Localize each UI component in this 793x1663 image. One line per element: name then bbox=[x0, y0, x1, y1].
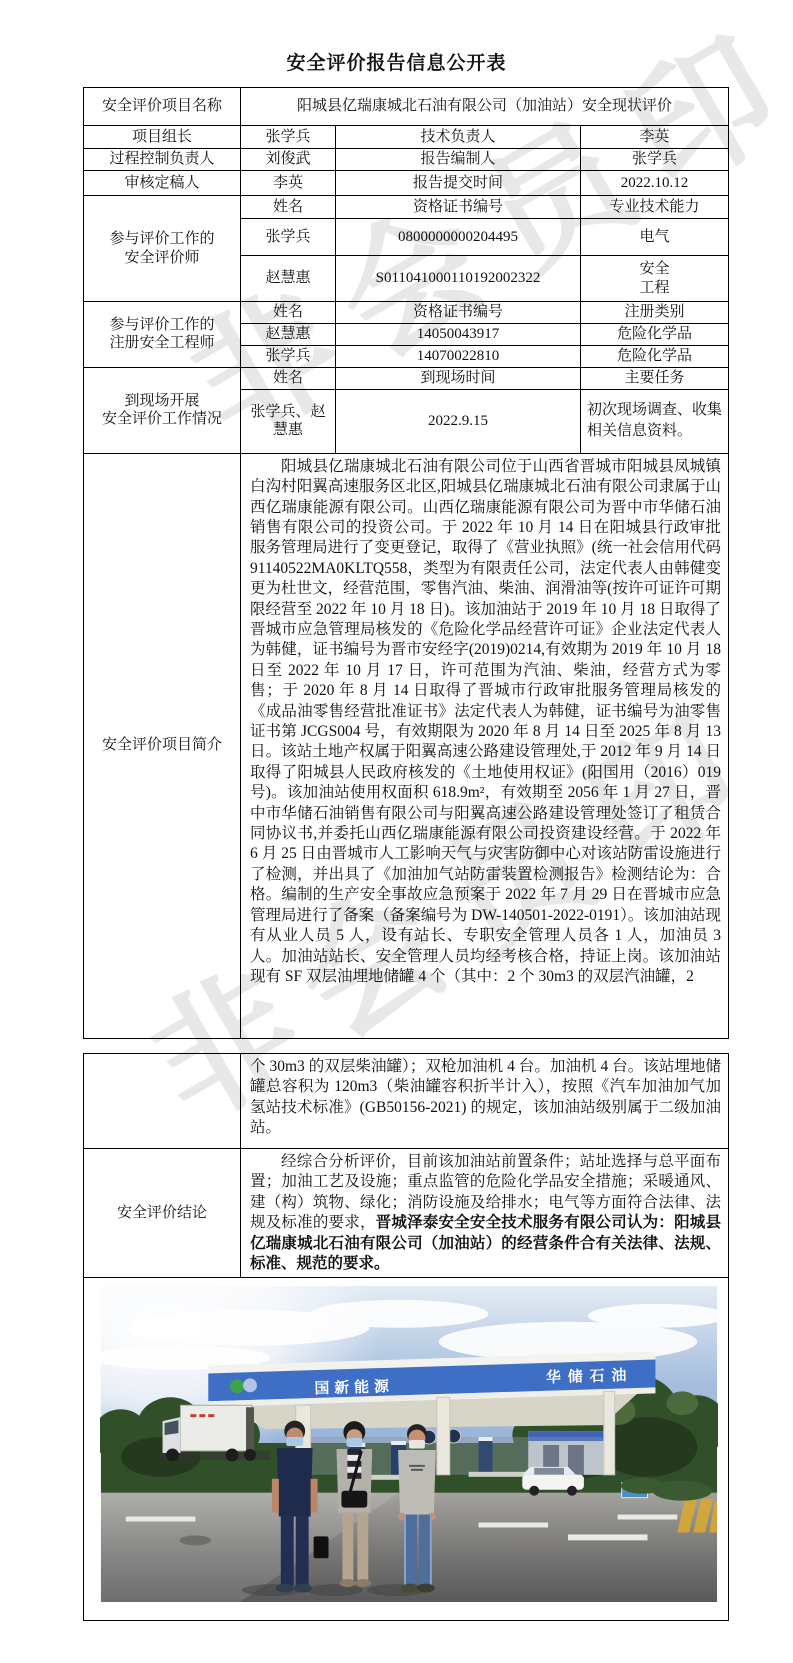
table-row: 个 30m3 的双层柴油罐）；双枪加油机 4 台。加油机 4 台。该站埋地储罐总… bbox=[84, 1054, 729, 1149]
intro-continuation-paragraph: 个 30m3 的双层柴油罐）；双枪加油机 4 台。加油机 4 台。该站埋地储罐总… bbox=[250, 1057, 721, 1139]
table-row: 参与评价工作的 注册安全工程师 姓名 资格证书编号 注册类别 bbox=[84, 302, 729, 324]
site-photo: 国新能源 华储石油 bbox=[100, 1286, 718, 1602]
people-shadows bbox=[242, 1585, 427, 1597]
page-title: 安全评价报告信息公开表 bbox=[0, 48, 793, 75]
cell-review-label: 审核定稿人 bbox=[84, 171, 241, 196]
canopy-logo-2 bbox=[243, 1379, 257, 1393]
table-row: 参与评价工作的 安全评价师 姓名 资格证书编号 专业技术能力 bbox=[84, 196, 729, 219]
cell-engineer2-cert: 14070022810 bbox=[336, 346, 581, 368]
cell-engineers-h-name: 姓名 bbox=[241, 302, 336, 324]
cell-leader-label: 项目组长 bbox=[84, 126, 241, 149]
cell-engineer1-name: 赵慧惠 bbox=[241, 324, 336, 346]
table-row: 过程控制负责人 刘俊武 报告编制人 张学兵 bbox=[84, 149, 729, 171]
main-info-table: 安全评价项目名称 阳城县亿瑞康城北石油有限公司（加油站）安全现状评价 项目组长 … bbox=[83, 87, 729, 1039]
table-row: 国新能源 华储石油 bbox=[84, 1278, 729, 1621]
cell-evaluators-h-cert: 资格证书编号 bbox=[336, 196, 581, 219]
cell-site-h-time: 到现场时间 bbox=[336, 367, 581, 389]
table-row: 审核定稿人 李英 报告提交时间 2022.10.12 bbox=[84, 171, 729, 196]
briefcase bbox=[314, 1537, 329, 1559]
face-mask bbox=[286, 1437, 303, 1446]
cell-conclusion-text: 经综合分析评价，目前该加油站前置条件；站址选择与总平面布置；加油工艺及设施；重点… bbox=[241, 1149, 729, 1278]
intro-paragraph: 阳城县亿瑞康城北石油有限公司位于山西省晋城市阳城县凤城镇白沟村阳翼高速服务区北区… bbox=[250, 457, 721, 988]
canopy-left-sign-text: 国新能源 bbox=[314, 1378, 394, 1398]
cell-evaluators-section: 参与评价工作的 安全评价师 bbox=[84, 196, 241, 302]
cell-engineers-h-cert: 资格证书编号 bbox=[336, 302, 581, 324]
cell-submit-value: 2022.10.12 bbox=[581, 171, 729, 196]
cell-engineer1-type: 危险化学品 bbox=[581, 324, 729, 346]
cell-evaluator1-cert: 0800000000204495 bbox=[336, 219, 581, 256]
cell-site-names: 张学兵、赵慧惠 bbox=[241, 389, 336, 453]
cell-writer-label: 报告编制人 bbox=[336, 149, 581, 171]
cell-evaluator2-skill: 安全 工程 bbox=[581, 256, 729, 302]
cell-engineer2-name: 张学兵 bbox=[241, 346, 336, 368]
cell-evaluator1-skill: 电气 bbox=[581, 219, 729, 256]
table-row: 安全评价项目名称 阳城县亿瑞康城北石油有限公司（加油站）安全现状评价 bbox=[84, 88, 729, 126]
canopy-logo bbox=[230, 1380, 244, 1394]
cell-tech-label: 技术负责人 bbox=[336, 126, 581, 149]
cell-site-photo: 国新能源 华储石油 bbox=[84, 1278, 729, 1621]
cell-engineers-h-type: 注册类别 bbox=[581, 302, 729, 324]
continuation-table: 个 30m3 的双层柴油罐）；双枪加油机 4 台。加油机 4 台。该站埋地储罐总… bbox=[83, 1053, 729, 1621]
table-row: 项目组长 张学兵 技术负责人 李英 bbox=[84, 126, 729, 149]
cell-intro-text: 阳城县亿瑞康城北石油有限公司位于山西省晋城市阳城县凤城镇白沟村阳翼高速服务区北区… bbox=[241, 453, 729, 1038]
face-mask bbox=[346, 1438, 362, 1446]
cell-engineer1-cert: 14050043917 bbox=[336, 324, 581, 346]
table-row: 安全评价结论 经综合分析评价，目前该加油站前置条件；站址选择与总平面布置；加油工… bbox=[84, 1149, 729, 1278]
cell-review-value: 李英 bbox=[241, 171, 336, 196]
cell-engineers-section: 参与评价工作的 注册安全工程师 bbox=[84, 302, 241, 368]
handbag bbox=[341, 1491, 367, 1508]
cell-evaluator1-name: 张学兵 bbox=[241, 219, 336, 256]
cell-site-h-task: 主要任务 bbox=[581, 367, 729, 389]
cell-submit-label: 报告提交时间 bbox=[336, 171, 581, 196]
cell-leader-value: 张学兵 bbox=[241, 126, 336, 149]
face-mask bbox=[409, 1440, 425, 1448]
table-row: 到现场开展 安全评价工作情况 姓名 到现场时间 主要任务 bbox=[84, 367, 729, 389]
cell-site-h-name: 姓名 bbox=[241, 367, 336, 389]
table-row: 安全评价项目简介 阳城县亿瑞康城北石油有限公司位于山西省晋城市阳城县凤城镇白沟村… bbox=[84, 453, 729, 1038]
cell-writer-value: 张学兵 bbox=[581, 149, 729, 171]
cell-continuation-label-empty bbox=[84, 1054, 241, 1149]
manhole-cover bbox=[179, 1536, 211, 1546]
cell-evaluators-h-skill: 专业技术能力 bbox=[581, 196, 729, 219]
cell-process-value: 刘俊武 bbox=[241, 149, 336, 171]
cell-site-visit-section: 到现场开展 安全评价工作情况 bbox=[84, 367, 241, 453]
cell-project-name-value: 阳城县亿瑞康城北石油有限公司（加油站）安全现状评价 bbox=[241, 88, 729, 126]
cell-conclusion-label: 安全评价结论 bbox=[84, 1149, 241, 1278]
cell-evaluators-h-name: 姓名 bbox=[241, 196, 336, 219]
cell-site-time: 2022.9.15 bbox=[336, 389, 581, 453]
conclusion-paragraph: 经综合分析评价，目前该加油站前置条件；站址选择与总平面布置；加油工艺及设施；重点… bbox=[250, 1152, 721, 1274]
cell-intro-continuation: 个 30m3 的双层柴油罐）；双枪加油机 4 台。加油机 4 台。该站埋地储罐总… bbox=[241, 1054, 729, 1149]
cell-process-label: 过程控制负责人 bbox=[84, 149, 241, 171]
cell-evaluator2-cert: S011041000110192002322 bbox=[336, 256, 581, 302]
cell-engineer2-type: 危险化学品 bbox=[581, 346, 729, 368]
cell-project-name-label: 安全评价项目名称 bbox=[84, 88, 241, 126]
cell-tech-value: 李英 bbox=[581, 126, 729, 149]
cell-evaluator2-name: 赵慧惠 bbox=[241, 256, 336, 302]
cell-intro-label: 安全评价项目简介 bbox=[84, 453, 241, 1038]
cell-site-task: 初次现场调查、收集相关信息资料。 bbox=[581, 389, 729, 453]
